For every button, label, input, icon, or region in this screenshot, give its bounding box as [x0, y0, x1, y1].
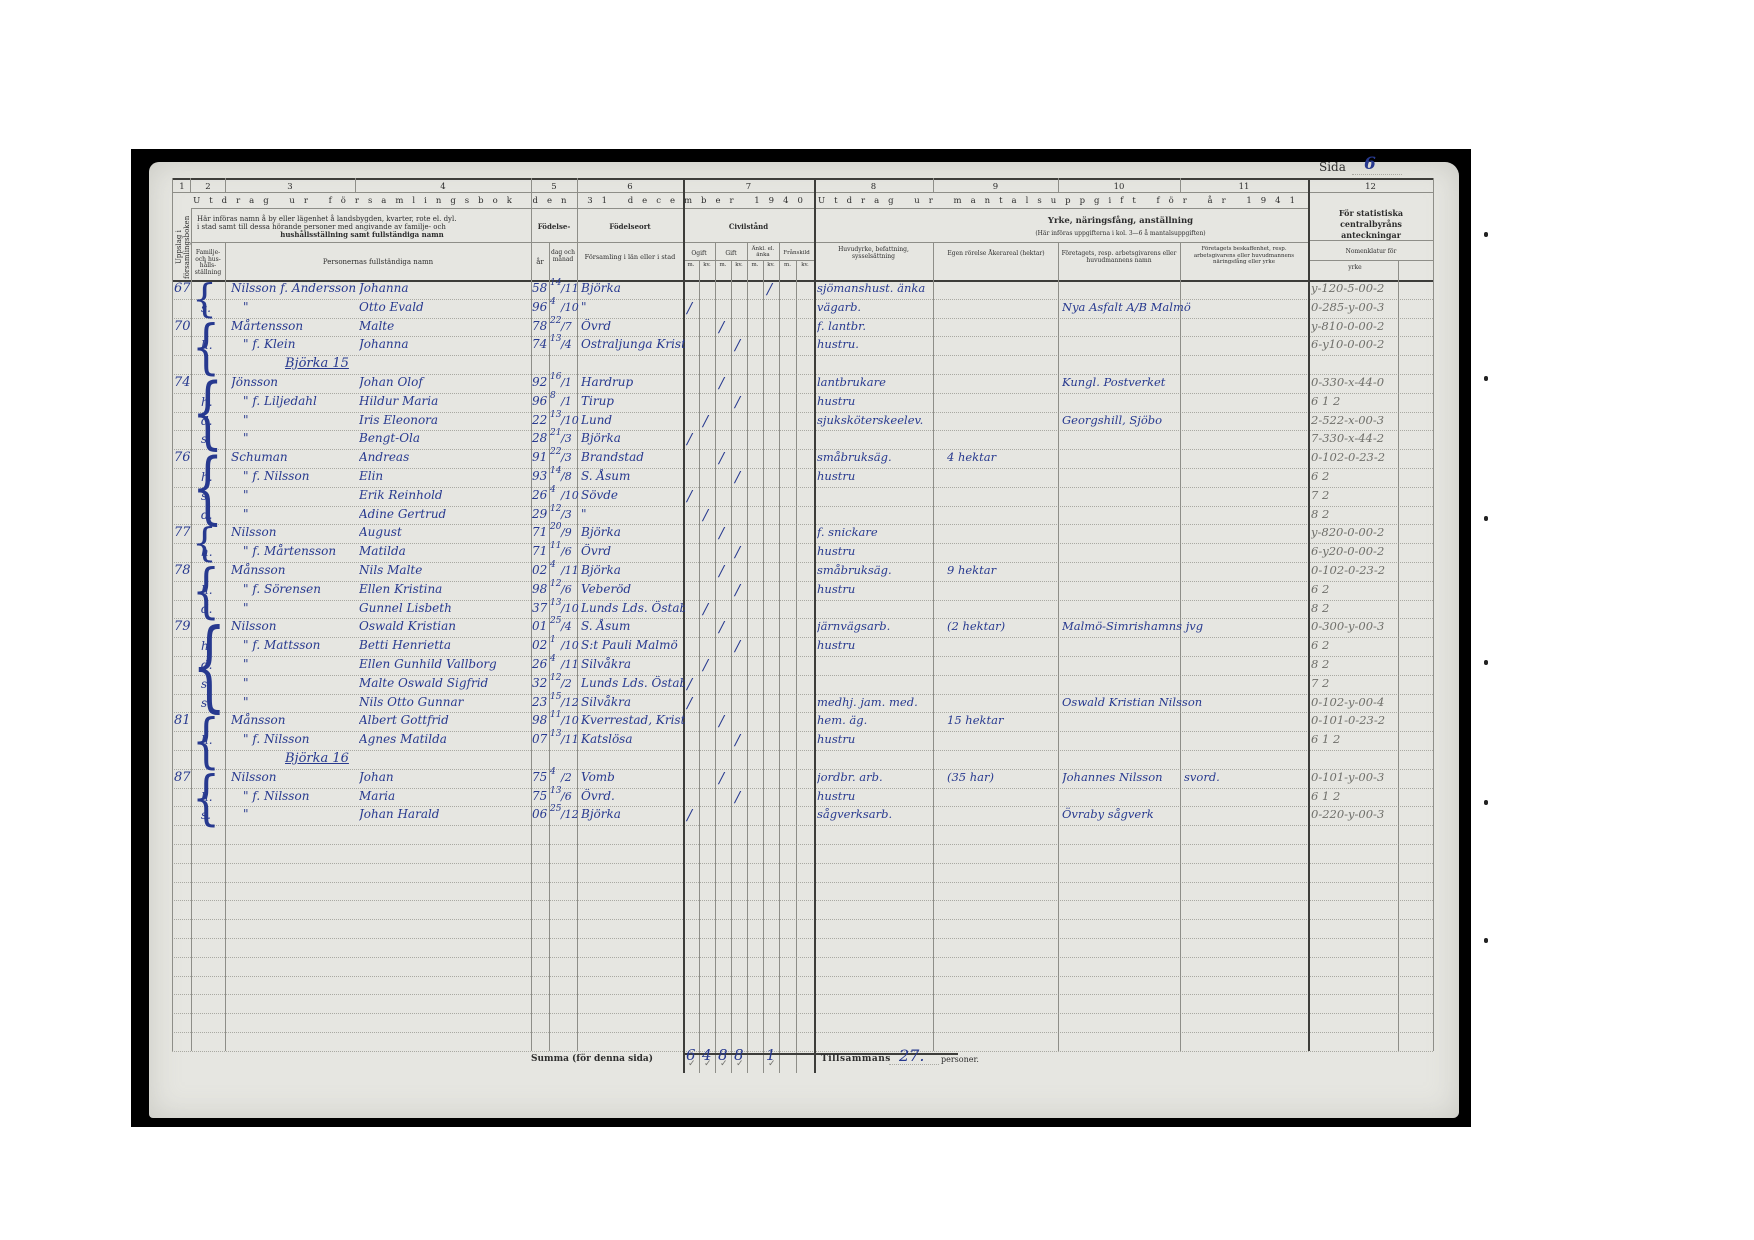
- civil-status-tick: /: [719, 449, 724, 467]
- occupation: järnvägsarb.: [817, 619, 935, 633]
- employer-trade: svord.: [1184, 770, 1220, 784]
- surname: " f. Mattsson: [243, 638, 371, 652]
- person-row: h." f. NilssonMaria7513/6Övrd./hustru6 1…: [149, 789, 1459, 808]
- occupation: hustru: [817, 732, 935, 746]
- birth-month: /10: [561, 714, 579, 727]
- employer-name: Malmö-Simrishamns jvg: [1062, 619, 1302, 633]
- given-names: Hildur Maria: [359, 394, 535, 408]
- employer-name: Nya Asfalt A/B Malmö: [1062, 300, 1302, 314]
- birth-day: 4: [550, 297, 556, 307]
- birth-day: 14: [550, 466, 561, 476]
- birth-parish: Vomb: [581, 770, 685, 784]
- occupation: jordbr. arb.: [817, 770, 935, 784]
- edge-mark: [1484, 938, 1488, 943]
- birth-day: 13: [550, 729, 561, 739]
- birth-parish: Lunds Lds. Östaby: [581, 601, 685, 615]
- birth-parish: S. Åsum: [581, 469, 685, 483]
- check-mark-icon: ✓: [688, 1059, 696, 1069]
- birth-year: 92: [532, 375, 547, 389]
- surname: " f. Nilsson: [243, 789, 371, 803]
- birth-month: /3: [561, 432, 572, 445]
- civil-status-tick: /: [719, 618, 724, 636]
- given-names: Johanna: [359, 281, 535, 295]
- surname: Jönsson: [231, 375, 359, 389]
- person-row: h." f. KleinJohanna7413/4Ostraljunga Kri…: [149, 337, 1459, 356]
- birth-parish: Kverrestad, Krist.: [581, 713, 685, 727]
- given-names: Malte Oswald Sigfrid: [359, 676, 535, 690]
- birth-parish: Björka: [581, 431, 685, 445]
- birth-month: /1: [561, 376, 572, 389]
- edge-mark: [1484, 516, 1488, 521]
- birth-parish: S. Åsum: [581, 619, 685, 633]
- birth-month: /11: [561, 564, 579, 577]
- given-names: Matilda: [359, 544, 535, 558]
- birth-parish: Tirup: [581, 394, 685, 408]
- given-names: Adine Gertrud: [359, 507, 535, 521]
- civil-status-tick: /: [735, 581, 740, 599]
- birth-year: 71: [532, 544, 547, 558]
- household-brace: {: [192, 376, 223, 451]
- civil-status-tick: /: [687, 487, 692, 505]
- occupation: hustru: [817, 638, 935, 652]
- birth-month: /6: [561, 583, 572, 596]
- birth-month: /3: [561, 451, 572, 464]
- occupation: medhj. jam. med.: [817, 695, 935, 709]
- surname: Månsson: [231, 563, 359, 577]
- birth-month: /12: [561, 696, 579, 709]
- birth-parish: Lund: [581, 413, 685, 427]
- uppslag-number: 70: [174, 319, 191, 334]
- given-names: Oswald Kristian: [359, 619, 535, 633]
- given-names: Malte: [359, 319, 535, 333]
- birth-day: 1: [550, 635, 556, 645]
- person-row: 81MånssonAlbert Gottfrid9811/10Kverresta…: [149, 713, 1459, 732]
- occupation: hustru: [817, 544, 935, 558]
- person-row: s."Erik Reinhold264/10Sövde/7 2: [149, 488, 1459, 507]
- uppslag-number: 87: [174, 770, 191, 785]
- nomenclature-code: 7 2: [1311, 676, 1405, 690]
- birth-month: /7: [561, 320, 572, 333]
- person-row: 87NilssonJohan754/2Vomb/jordbr. arb.(35 …: [149, 770, 1459, 789]
- civil-status-tick: /: [687, 430, 692, 448]
- person-row: 76SchumanAndreas9122/3Brandstad/småbruks…: [149, 450, 1459, 469]
- check-mark-icon: ✓: [704, 1059, 712, 1069]
- surname: Nilsson: [231, 619, 359, 633]
- nomenclature-code: 0-102-0-23-2: [1311, 563, 1405, 577]
- given-names: Johanna: [359, 337, 535, 351]
- edge-mark: [1484, 232, 1488, 237]
- edge-mark: [1484, 800, 1488, 805]
- birth-day: 25: [550, 616, 561, 626]
- birth-day: 22: [550, 447, 561, 457]
- nomenclature-code: 0-285-y-00-3: [1311, 300, 1405, 314]
- person-row: d."Gunnel Lisbeth3713/10Lunds Lds. Östab…: [149, 601, 1459, 620]
- birth-month: /6: [561, 545, 572, 558]
- occupation: hustru.: [817, 337, 935, 351]
- birth-parish: Övrd: [581, 544, 685, 558]
- given-names: Agnes Matilda: [359, 732, 535, 746]
- nomenclature-code: 0-300-y-00-3: [1311, 619, 1405, 633]
- birth-parish: Silvåkra: [581, 657, 685, 671]
- surname: ": [243, 695, 371, 709]
- birth-year: 74: [532, 337, 547, 351]
- birth-year: 06: [532, 807, 547, 821]
- surname: Schuman: [231, 450, 359, 464]
- birth-month: /3: [561, 508, 572, 521]
- birth-month: /1: [561, 395, 572, 408]
- birth-parish: Övrd: [581, 319, 685, 333]
- nomenclature-code: 7 2: [1311, 488, 1405, 502]
- person-row: h." f. LiljedahlHildur Maria968/1Tirup/h…: [149, 394, 1459, 413]
- person-row: h." f. NilssonElin9314/8S. Åsum/hustru6 …: [149, 469, 1459, 488]
- birth-parish: Lunds Lds. Östaby: [581, 676, 685, 690]
- birth-day: 12: [550, 673, 561, 683]
- surname: " f. Nilsson: [243, 469, 371, 483]
- given-names: August: [359, 525, 535, 539]
- occupation: hustru: [817, 789, 935, 803]
- birth-month: /2: [561, 771, 572, 784]
- given-names: Erik Reinhold: [359, 488, 535, 502]
- address-heading: Björka 16: [285, 751, 349, 766]
- birth-parish: Katslösa: [581, 732, 685, 746]
- birth-day: 15: [550, 692, 561, 702]
- nomenclature-code: 8 2: [1311, 601, 1405, 615]
- birth-parish: ": [581, 300, 685, 314]
- given-names: Johan: [359, 770, 535, 784]
- birth-parish: ": [581, 507, 685, 521]
- birth-year: 78: [532, 319, 547, 333]
- person-row: s."Otto Evald964/10"/vägarb.Nya Asfalt A…: [149, 300, 1459, 319]
- birth-year: 75: [532, 770, 547, 784]
- birth-parish: Brandstad: [581, 450, 685, 464]
- nomenclature-code: 7-330-x-44-2: [1311, 431, 1405, 445]
- occupation: sjömanshust. änka: [817, 281, 935, 295]
- birth-year: 75: [532, 789, 547, 803]
- surname: " f. Sörensen: [243, 582, 371, 596]
- given-names: Maria: [359, 789, 535, 803]
- given-names: Bengt-Ola: [359, 431, 535, 445]
- person-row: 78MånssonNils Malte024/11Björka/småbruks…: [149, 563, 1459, 582]
- given-names: Betti Henrietta: [359, 638, 535, 652]
- civil-status-tick: /: [719, 374, 724, 392]
- occupation: f. lantbr.: [817, 319, 935, 333]
- nomenclature-code: 0-330-x-44-0: [1311, 375, 1405, 389]
- given-names: Johan Harald: [359, 807, 535, 821]
- check-mark-icon: ✓: [736, 1059, 744, 1069]
- birth-parish: Veberöd: [581, 582, 685, 596]
- tillsammans-value: 27.: [899, 1046, 924, 1065]
- person-row: s."Nils Otto Gunnar2315/12Silvåkra/medhj…: [149, 695, 1459, 714]
- civil-status-tick: /: [735, 468, 740, 486]
- nomenclature-code: 0-102-y-00-4: [1311, 695, 1405, 709]
- summa-label: Summa (för denna sida): [531, 1054, 653, 1064]
- surname: ": [243, 601, 371, 615]
- occupation: f. snickare: [817, 525, 935, 539]
- person-row: 74JönssonJohan Olof9216/1Hardrup/lantbru…: [149, 375, 1459, 394]
- surname: Mårtensson: [231, 319, 359, 333]
- uppslag-number: 76: [174, 450, 191, 465]
- occupation: sjuksköterskeelev.: [817, 413, 935, 427]
- occupation: hustru: [817, 469, 935, 483]
- civil-status-tick: /: [703, 656, 708, 674]
- birth-day: 13: [550, 786, 561, 796]
- civil-status-tick: /: [719, 712, 724, 730]
- birth-year: 58: [532, 281, 547, 295]
- check-mark-icon: ✓: [768, 1059, 776, 1069]
- birth-day: 4: [550, 654, 556, 664]
- birth-parish: Björka: [581, 525, 685, 539]
- civil-status-tick: /: [687, 694, 692, 712]
- birth-year: 02: [532, 563, 547, 577]
- farm-area: (35 har): [947, 770, 994, 784]
- given-names: Nils Otto Gunnar: [359, 695, 535, 709]
- birth-year: 96: [532, 300, 547, 314]
- nomenclature-code: 8 2: [1311, 507, 1405, 521]
- civil-status-tick: /: [735, 336, 740, 354]
- employer-name: Kungl. Postverket: [1062, 375, 1302, 389]
- birth-month: /2: [561, 677, 572, 690]
- surname: ": [243, 431, 371, 445]
- civil-status-tick: /: [735, 543, 740, 561]
- given-names: Otto Evald: [359, 300, 535, 314]
- birth-parish: Björka: [581, 563, 685, 577]
- nomenclature-code: 6 2: [1311, 582, 1405, 596]
- birth-day: 11: [550, 541, 561, 551]
- person-row: 77NilssonAugust7120/9Björka/f. snickarey…: [149, 525, 1459, 544]
- occupation: sågverksarb.: [817, 807, 935, 821]
- person-row: d."Iris Eleonora2213/10Lund/sjukskötersk…: [149, 413, 1459, 432]
- civil-status-tick: /: [719, 562, 724, 580]
- occupation: vägarb.: [817, 300, 935, 314]
- nomenclature-code: 0-101-0-23-2: [1311, 713, 1405, 727]
- uppslag-number: 79: [174, 619, 191, 634]
- tillsammans-label: Tillsammans: [821, 1054, 891, 1064]
- birth-parish: Björka: [581, 281, 685, 295]
- civil-status-tick: /: [719, 524, 724, 542]
- surname: " f. Nilsson: [243, 732, 371, 746]
- household-brace: {: [192, 620, 226, 714]
- given-names: Elin: [359, 469, 535, 483]
- birth-year: 91: [532, 450, 547, 464]
- birth-parish: Ostraljunga Krist. l.: [581, 337, 685, 351]
- birth-year: 98: [532, 713, 547, 727]
- birth-month: /10: [561, 639, 579, 652]
- given-names: Johan Olof: [359, 375, 535, 389]
- birth-day: 16: [550, 372, 561, 382]
- surname: ": [243, 807, 371, 821]
- birth-day: 4: [550, 485, 556, 495]
- employer-name: Johannes Nilsson: [1062, 770, 1302, 784]
- given-names: Andreas: [359, 450, 535, 464]
- birth-parish: S:t Pauli Malmö: [581, 638, 685, 652]
- civil-status-tick: /: [703, 506, 708, 524]
- birth-year: 22: [532, 413, 547, 427]
- person-rows: 67Nilsson f. AnderssonJohanna5814/11Björ…: [149, 162, 1459, 1118]
- section-heading-row: Björka 15: [149, 356, 1459, 375]
- given-names: Albert Gottfrid: [359, 713, 535, 727]
- person-row: s."Bengt-Ola2821/3Björka/7-330-x-44-2: [149, 431, 1459, 450]
- nomenclature-code: 0-102-0-23-2: [1311, 450, 1405, 464]
- birth-day: 13: [550, 334, 561, 344]
- surname: " f. Liljedahl: [243, 394, 371, 408]
- surname: Nilsson: [231, 770, 359, 784]
- uppslag-number: 81: [174, 713, 191, 728]
- birth-year: 01: [532, 619, 547, 633]
- uppslag-number: 77: [174, 525, 191, 540]
- nomenclature-code: 2-522-x-00-3: [1311, 413, 1405, 427]
- nomenclature-code: y-820-0-00-2: [1311, 525, 1405, 539]
- civil-status-tick: /: [719, 318, 724, 336]
- birth-year: 26: [532, 657, 547, 671]
- birth-month: /10: [561, 602, 579, 615]
- birth-month: /11: [561, 658, 579, 671]
- civil-status-tick: /: [687, 675, 692, 693]
- uppslag-number: 67: [174, 281, 191, 296]
- birth-day: 13: [550, 598, 561, 608]
- birth-parish: Övrd.: [581, 789, 685, 803]
- birth-year: 96: [532, 394, 547, 408]
- surname: Månsson: [231, 713, 359, 727]
- birth-month: /6: [561, 790, 572, 803]
- given-names: Nils Malte: [359, 563, 535, 577]
- birth-year: 71: [532, 525, 547, 539]
- birth-month: /10: [561, 489, 579, 502]
- household-brace: {: [192, 771, 220, 827]
- birth-day: 8: [550, 391, 556, 401]
- civil-status-tick: /: [703, 600, 708, 618]
- nomenclature-code: 6-y10-0-00-2: [1311, 337, 1405, 351]
- person-row: h." f. NilssonAgnes Matilda0713/11Katslö…: [149, 732, 1459, 751]
- birth-parish: Silvåkra: [581, 695, 685, 709]
- surname: ": [243, 413, 371, 427]
- person-row: d."Adine Gertrud2912/3"/8 2: [149, 507, 1459, 526]
- nomenclature-code: 6-y20-0-00-2: [1311, 544, 1405, 558]
- civil-status-tick: /: [767, 280, 772, 298]
- employer-name: Övraby sågverk: [1062, 807, 1302, 821]
- person-row: s."Johan Harald0625/12Björka/sågverksarb…: [149, 807, 1459, 826]
- farm-area: 9 hektar: [947, 563, 996, 577]
- birth-month: /9: [561, 526, 572, 539]
- farm-area: 4 hektar: [947, 450, 996, 464]
- birth-day: 12: [550, 504, 561, 514]
- occupation: småbruksäg.: [817, 563, 935, 577]
- surname: Nilsson: [231, 525, 359, 539]
- person-row: h." f. MattssonBetti Henrietta021/10S:t …: [149, 638, 1459, 657]
- given-names: Gunnel Lisbeth: [359, 601, 535, 615]
- given-names: Ellen Kristina: [359, 582, 535, 596]
- birth-day: 13: [550, 410, 561, 420]
- birth-day: 14: [550, 278, 561, 288]
- surname: " f. Klein: [243, 337, 371, 351]
- surname: Nilsson f. Andersson: [231, 281, 359, 295]
- occupation: hustru: [817, 582, 935, 596]
- birth-month: /8: [561, 470, 572, 483]
- civil-status-tick: /: [735, 731, 740, 749]
- farm-area: (2 hektar): [947, 619, 1005, 633]
- birth-parish: Sövde: [581, 488, 685, 502]
- uppslag-number: 74: [174, 375, 191, 390]
- summa-values: 6✓4✓8✓8✓1✓: [683, 1046, 814, 1066]
- birth-parish: Hardrup: [581, 375, 685, 389]
- surname: ": [243, 657, 371, 671]
- civil-status-tick: /: [735, 393, 740, 411]
- nomenclature-code: 6 2: [1311, 469, 1405, 483]
- uppslag-number: 78: [174, 563, 191, 578]
- birth-day: 4: [550, 767, 556, 777]
- birth-year: 02: [532, 638, 547, 652]
- person-row: 67Nilsson f. AnderssonJohanna5814/11Björ…: [149, 281, 1459, 300]
- surname: ": [243, 488, 371, 502]
- civil-status-tick: /: [703, 412, 708, 430]
- birth-year: 98: [532, 582, 547, 596]
- birth-day: 21: [550, 428, 561, 438]
- birth-parish: Björka: [581, 807, 685, 821]
- section-heading-row: Björka 16: [149, 751, 1459, 770]
- person-row: 79NilssonOswald Kristian0125/4S. Åsum/jä…: [149, 619, 1459, 638]
- birth-year: 23: [532, 695, 547, 709]
- birth-year: 93: [532, 469, 547, 483]
- census-form-page: Sida 6 1 2 3 4 5 6 7 8 9 10 11 12 Utdrag…: [149, 162, 1459, 1118]
- nomenclature-code: 6 1 2: [1311, 394, 1405, 408]
- birth-month: /11: [561, 733, 579, 746]
- surname: ": [243, 300, 371, 314]
- civil-status-tick: /: [735, 637, 740, 655]
- birth-year: 07: [532, 732, 547, 746]
- personer-label: personer.: [941, 1055, 979, 1064]
- birth-month: /4: [561, 338, 572, 351]
- surname: ": [243, 676, 371, 690]
- occupation: lantbrukare: [817, 375, 935, 389]
- birth-month: /12: [561, 808, 579, 821]
- nomenclature-code: 8 2: [1311, 657, 1405, 671]
- civil-status-tick: /: [687, 299, 692, 317]
- given-names: Ellen Gunhild Vallborg: [359, 657, 535, 671]
- occupation: hustru: [817, 394, 935, 408]
- civil-status-tick: /: [719, 769, 724, 787]
- birth-year: 26: [532, 488, 547, 502]
- birth-day: 22: [550, 316, 561, 326]
- birth-day: 11: [550, 710, 561, 720]
- birth-day: 20: [550, 522, 561, 532]
- birth-year: 29: [532, 507, 547, 521]
- birth-day: 12: [550, 579, 561, 589]
- check-mark-icon: ✓: [720, 1059, 728, 1069]
- employer-name: Oswald Kristian Nilsson: [1062, 695, 1302, 709]
- edge-mark: [1484, 376, 1488, 381]
- household-brace: {: [192, 451, 223, 526]
- person-row: s."Malte Oswald Sigfrid3212/2Lunds Lds. …: [149, 676, 1459, 695]
- nomenclature-code: 0-101-y-00-3: [1311, 770, 1405, 784]
- civil-status-tick: /: [687, 806, 692, 824]
- birth-year: 28: [532, 431, 547, 445]
- nomenclature-code: 6 2: [1311, 638, 1405, 652]
- nomenclature-code: 6 1 2: [1311, 732, 1405, 746]
- employer-name: Georgshill, Sjöbo: [1062, 413, 1302, 427]
- birth-month: /10: [561, 301, 579, 314]
- nomenclature-code: y-810-0-00-2: [1311, 319, 1405, 333]
- occupation: småbruksäg.: [817, 450, 935, 464]
- occupation: hem. äg.: [817, 713, 935, 727]
- person-row: d."Ellen Gunhild Vallborg264/11Silvåkra/…: [149, 657, 1459, 676]
- nomenclature-code: 6 1 2: [1311, 789, 1405, 803]
- birth-year: 37: [532, 601, 547, 615]
- birth-day: 25: [550, 804, 561, 814]
- birth-month: /4: [561, 620, 572, 633]
- birth-month: /11: [561, 282, 579, 295]
- person-row: h." f. SörensenEllen Kristina9812/6Veber…: [149, 582, 1459, 601]
- person-row: h." f. MårtenssonMatilda7111/6Övrd/hustr…: [149, 544, 1459, 563]
- birth-day: 4: [550, 560, 556, 570]
